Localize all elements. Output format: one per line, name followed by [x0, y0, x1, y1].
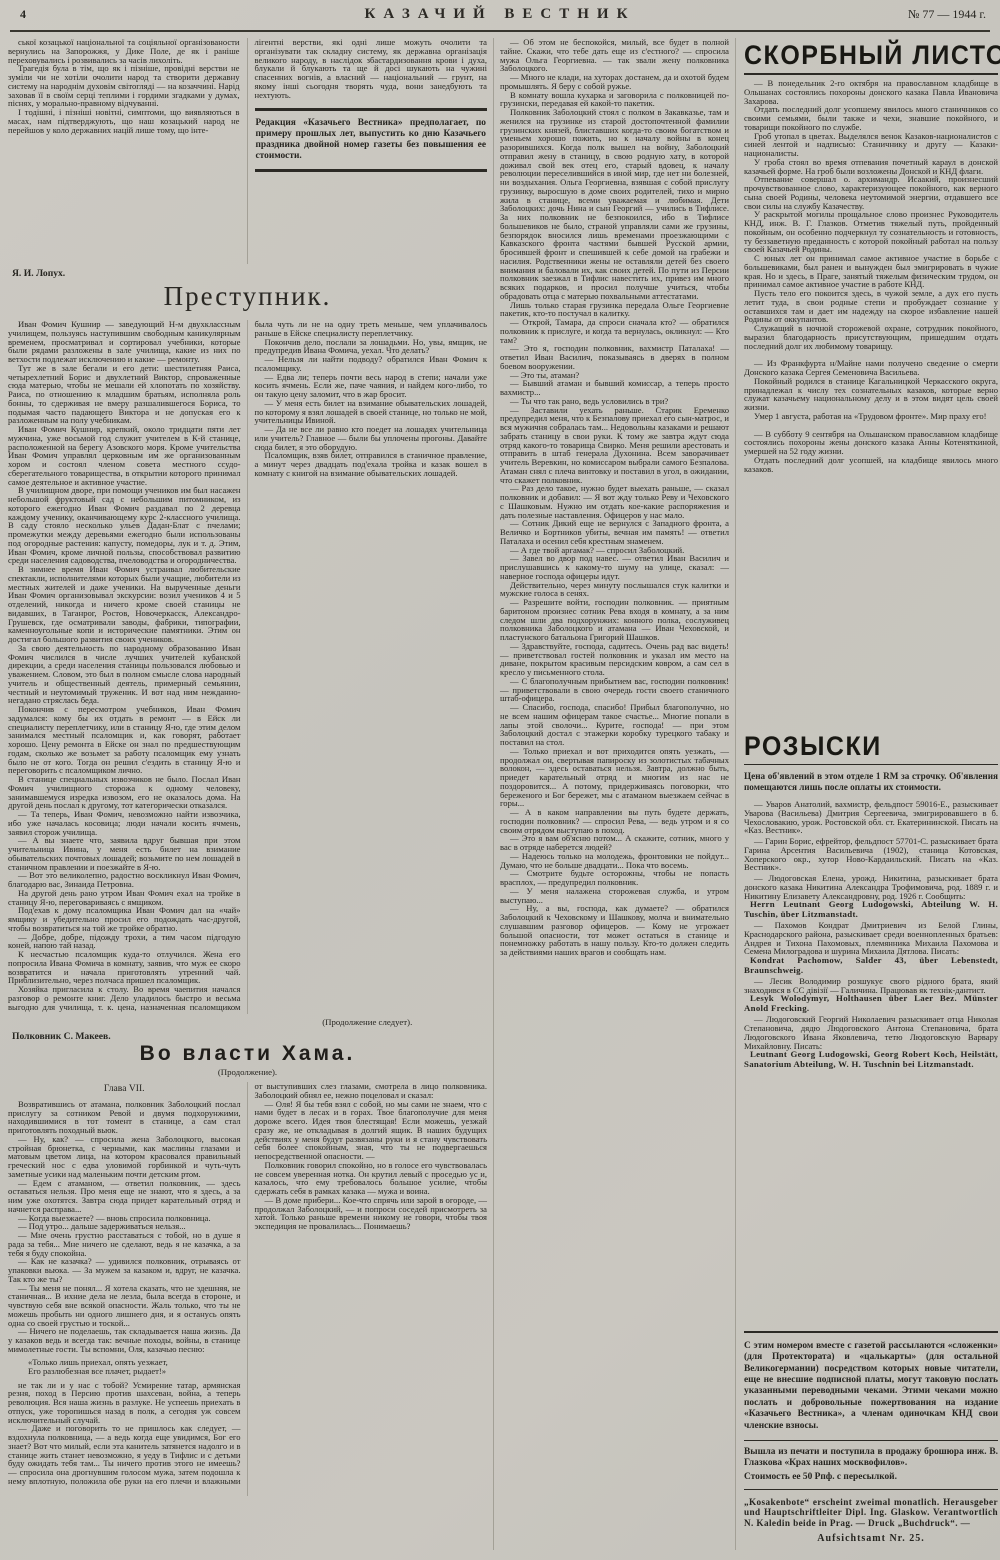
search-ad: — Людоговский Георгий Николаевич разыски… [744, 1015, 998, 1069]
article-subtitle: (Продолжение). [8, 1067, 487, 1077]
article-body: Глава VII. Возвратившись от атамана, пол… [8, 1082, 487, 1496]
rozyski-title: РОЗЫСКИ [744, 731, 998, 762]
paragraph: — Разрешите войти, господин полковник. —… [500, 598, 729, 642]
paragraph: — Смотрите будьте осторожны, чтобы не по… [500, 869, 729, 887]
divider [744, 1489, 998, 1490]
page-content: ської козацької національної та соціяльн… [0, 32, 1000, 1550]
paragraph: — В понедельник 2-го октября на правосла… [744, 79, 998, 105]
paragraph: — Ничего не поделаешь, так складывается … [8, 1327, 241, 1353]
paragraph: Трагедія була в тім, що як і пізніше, пр… [8, 64, 240, 108]
paragraph: Покойный родился в станице Кагальницкой … [744, 377, 998, 412]
paragraph: — Это я вам об'ясню потом... А скажите, … [500, 834, 729, 852]
paragraph: — Вот это великолепно, радостно воскликн… [8, 871, 241, 889]
paragraph: — Спасибо, господа, спасибо! Прибыл благ… [500, 703, 729, 747]
paragraph: Отдать последний долг усопшей, на кладби… [744, 456, 998, 474]
editorial-notice-text: Редакция «Казачьего Вестника» предполага… [256, 118, 487, 162]
newspaper-page: 4 КАЗАЧИЙ ВЕСТНИК № 77 — 1944 г. ської к… [0, 0, 1000, 1560]
paragraph: У раскрытой могилы прощальное слово прои… [744, 210, 998, 254]
ad-price-notice: Цена об'явлений в этом отделе 1 RM за ст… [744, 771, 998, 792]
skorbny-listok-title: СКОРБНЫЙ ЛИСТОК [744, 40, 998, 71]
article-byline: Полковник С. Макеев. [12, 1031, 487, 1042]
paragraph: — Здравствуйте, господа, садитесь. Очень… [500, 642, 729, 677]
paragraph: — Много не клади, на хуторах достанем, д… [500, 73, 729, 91]
search-ad: — Уваров Анатолий, вахмистр, фельдпост 5… [744, 800, 998, 835]
editorial-notice-box: Редакция «Казачьего Вестника» предполага… [255, 108, 488, 172]
search-ad-address: Kondrat Pachomow, Salder 43, über Lebens… [744, 956, 998, 975]
search-ad-text: — Людоговский Георгий Николаевич разыски… [744, 1015, 998, 1050]
paragraph: — Открой, Тамара, да спроси сначала кто?… [500, 318, 729, 344]
oversight-number: Aufsichtsamt Nr. 25. [744, 1533, 998, 1544]
divider [744, 73, 998, 75]
search-ad: — Людоговская Елена, урожд. Никитина, ра… [744, 874, 998, 919]
paragraph: Полковник говорил спокойно, но в голосе … [255, 1161, 488, 1196]
paragraph: — Едва ли; теперь почти весь народ в сте… [255, 373, 488, 399]
paragraph: В комнату вошла кухарка и заговорила с п… [500, 91, 729, 109]
paragraph: — Бывший атаман и бывший комиссар, а теп… [500, 379, 729, 397]
obituary: — В понедельник 2-го октября на правосла… [744, 79, 998, 350]
paragraph: І тодішні, і пізніші новітні, симптоми, … [8, 108, 240, 134]
paragraph: В училищном дворе, при помощи учеников и… [8, 486, 241, 565]
divider [744, 1331, 998, 1333]
paragraph: — Об этом не беспокойся, милый, все буде… [500, 38, 729, 73]
paragraph: Гроб утопал в цветах. Выделялся венок Ка… [744, 132, 998, 158]
german-imprint: „Kosakenbote“ erscheint zweimal monatlic… [744, 1497, 998, 1528]
book-announcement: Вышла из печати и поступила в продажу бр… [744, 1447, 998, 1468]
paragraph: В станице специальных извозчиков не было… [8, 775, 241, 810]
paragraph: — Из Франкфурта н/Майне нами получено св… [744, 359, 998, 377]
paragraph: Полковник Заболоцкий стоял с полком в За… [500, 108, 729, 301]
paragraph: Под'ехав к дому псаломщика Иван Фомич да… [8, 906, 241, 932]
paragraph: — В доме прибери... Кое-что спрячь или з… [255, 1196, 488, 1231]
search-ad-address: Herrn Leutnant Georg Ludogowski, Abteilu… [744, 900, 998, 919]
spacer [744, 473, 998, 729]
continuation-note: (Продолжение следует). [248, 1017, 488, 1027]
paragraph: — У меня есть билет на взимание обывател… [255, 399, 488, 425]
article-body: Иван Фомич Кушнир — заведующий Н-м двухк… [8, 320, 487, 1014]
paragraph: Покончив дело, послали за лошадьми. Но, … [255, 338, 488, 356]
paragraph: — Ну, как? — спросила жена Заболоцкого, … [8, 1135, 241, 1179]
paragraph: Отпевание совершал о. архимандр. Исаакий… [744, 175, 998, 210]
search-ad-text: — Гарин Борис, ефрейтор, фельдпост 57701… [744, 837, 998, 872]
paragraph: Возвратившись от атамана, полковник Забо… [8, 1100, 241, 1135]
ukrainian-article: ської козацької національної та соціяльн… [8, 38, 487, 264]
obituary: — Из Франкфурта н/Майне нами получено св… [744, 359, 998, 420]
paragraph: Псаломщик, взяв билет, отправился в стан… [255, 451, 488, 477]
divider [744, 764, 998, 765]
search-ads: — Уваров Анатолий, вахмистр, фельдпост 5… [744, 800, 998, 1069]
column-3-story-continuation: — Об этом не беспокойся, милый, все буде… [494, 38, 736, 1550]
paragraph: В зимнее время Иван Фомич устраивал люби… [8, 565, 241, 644]
article-vo-vlasti-khama: Полковник С. Макеев. Во власти Хама. (Пр… [8, 1031, 487, 1496]
paragraph: С юных лет он принимал самое активное уч… [744, 254, 998, 289]
paragraph: На другой день рано утром Иван Фомич еха… [8, 889, 241, 907]
paragraph: — А вы знаете что, заявила вдруг бывшая … [8, 836, 241, 871]
paragraph: Умер 1 августа, работая на «Трудовом фро… [744, 412, 998, 421]
paragraph: Пусть тело его покоится здесь, в чужой з… [744, 289, 998, 324]
paragraph: У гроба стоял во время отпевания почетны… [744, 158, 998, 176]
section-skorbny-listok: СКОРБНЫЙ ЛИСТОК — В понедельник 2-го окт… [744, 38, 998, 473]
book-price: Стоимость ее 50 Рпф. с пересылкой. [744, 1472, 998, 1483]
song-verse: «Только лишь приехал, опять уезжает,Его … [28, 1358, 241, 1377]
left-columns: ської козацької національної та соціяльн… [8, 38, 494, 1550]
page-number: 4 [20, 7, 26, 22]
subscription-notice: С этим номером вместе с газетой рассылаю… [744, 1341, 998, 1432]
paragraph: — Едем с атаманом, — ответил полковник, … [8, 1179, 241, 1214]
search-ad-text: — Уваров Анатолий, вахмистр, фельдпост 5… [744, 800, 998, 835]
paragraph: — Мне очень грустно расставаться с тобой… [8, 1231, 241, 1257]
paragraph: Покончив с пересмотром учебников, Иван Ф… [8, 705, 241, 775]
paragraph: — Надеюсь только на молодежь, фронтовики… [500, 852, 729, 870]
paragraph: — Добре, добре, підожду трохи, а тим час… [8, 933, 241, 951]
ukrainian-article-col1: ської козацької національної та соціяльн… [8, 38, 248, 264]
search-ad-address: Leutnant Georg Ludogowski, Georg Robert … [744, 1050, 998, 1069]
obituary: — В субботу 9 сентября на Ольшанском пра… [744, 430, 998, 474]
search-ad: — Гарин Борис, ефрейтор, фельдпост 57701… [744, 837, 998, 872]
paragraph: Служащий в ночной сторожевой охране, сот… [744, 324, 998, 350]
paragraph: — Да не все ли равно кто поедет на лошад… [255, 425, 488, 451]
paragraph: — У меня налажена сторожевая служба, и у… [500, 887, 729, 905]
paragraph: Отдать последний долг усопшему явилось м… [744, 105, 998, 131]
paragraph: — Заставили уехать раньше. Старик Еремен… [500, 406, 729, 485]
search-ad: — Пахомов Кондрат Дмитриевич из Белой Гл… [744, 921, 998, 975]
article-title: Во власти Хама. [8, 1042, 487, 1066]
ukrainian-article-col2-text: лігентні верстви, які одні лише можуть о… [255, 38, 488, 99]
section-rozyski: РОЗЫСКИ Цена об'явлений в этом отделе 1 … [744, 729, 998, 1071]
paragraph: — Раз дело такое, нужно будет выехать ра… [500, 484, 729, 519]
paragraph: — Завел во двор под навес. — ответил Ива… [500, 554, 729, 580]
paragraph: Лишь только старая грузинка передала Оль… [500, 301, 729, 319]
column-4: СКОРБНЫЙ ЛИСТОК — В понедельник 2-го окт… [736, 38, 1000, 1550]
paragraph: — Ты меня не понял... Я хотела сказать, … [8, 1284, 241, 1328]
chapter-heading: Глава VII. [8, 1085, 241, 1094]
spacer [744, 1071, 998, 1327]
paragraph: — Как не казачка? — удивился полковник, … [8, 1257, 241, 1283]
search-ad-text: — Лесик Володимир розшукує свого рідного… [744, 977, 998, 995]
paragraph: — Ну, а вы, господа, как думаете? — обра… [500, 904, 729, 957]
paragraph: — Нельзя ли найти подводу? обратился Ива… [255, 355, 488, 373]
paragraph: — Только приехал и вот приходится опять … [500, 747, 729, 808]
story-part1: Возвратившись от атамана, полковник Забо… [8, 1100, 241, 1354]
paragraph: ської козацької національної та соціяльн… [8, 38, 240, 64]
divider [744, 1440, 998, 1441]
paragraph: — Оля! Я бы тебя взял с собой, но мы сам… [255, 1100, 488, 1161]
paragraph: — С благополучным прибытием вас, господи… [500, 677, 729, 703]
search-ad-address: Lesyk Wolodymyr, Holthausen über Laer Be… [744, 994, 998, 1013]
paragraph: — Это я, господин полковник, вахмистр Па… [500, 344, 729, 370]
search-ad: — Лесик Володимир розшукує свого рідного… [744, 977, 998, 1013]
verse-line: Его разлюбезная все плачет, рыдает!» [28, 1367, 241, 1377]
paragraph: К несчастью псаломщик куда-то отлучился.… [8, 950, 241, 985]
paragraph: Иван Фомич Кушнир — заведующий Н-м двухк… [8, 320, 241, 364]
paragraph: Действительно, через минуту послышался с… [500, 581, 729, 599]
paragraph: — В субботу 9 сентября на Ольшанском пра… [744, 430, 998, 456]
article-byline: Я. И. Лопух. [12, 268, 487, 279]
paragraph: — Та теперь, Иван Фомич, невозможно найт… [8, 810, 241, 836]
paragraph: За свою деятельность по народному образо… [8, 644, 241, 705]
masthead: 4 КАЗАЧИЙ ВЕСТНИК № 77 — 1944 г. [10, 0, 990, 32]
article-title: Преступник. [8, 281, 487, 312]
issue-number: № 77 — 1944 г. [908, 7, 986, 22]
paragraph: — А в каком направлении вы путь будете д… [500, 808, 729, 834]
search-ad-text: — Людоговская Елена, урожд. Никитина, ра… [744, 874, 998, 900]
paragraph: — Сотник Дикий еще не вернулся с Западно… [500, 519, 729, 545]
paragraph: не так ли и у нас с тобой? Усмирение тат… [8, 1381, 241, 1425]
ukrainian-article-col2: лігентні верстви, які одні лише можуть о… [248, 38, 488, 264]
paragraph: лігентні верстви, які одні лише можуть о… [255, 38, 488, 99]
paragraph: Иван Фомич Кушнир, крепкий, около тридца… [8, 425, 241, 486]
search-ad-text: — Пахомов Кондрат Дмитриевич из Белой Гл… [744, 921, 998, 956]
article-prestupnik: Я. И. Лопух. Преступник. Иван Фомич Кушн… [8, 268, 487, 1027]
paragraph: Тут же в зале бегали и его дети: шестиле… [8, 364, 241, 425]
newspaper-title: КАЗАЧИЙ ВЕСТНИК [365, 6, 636, 23]
